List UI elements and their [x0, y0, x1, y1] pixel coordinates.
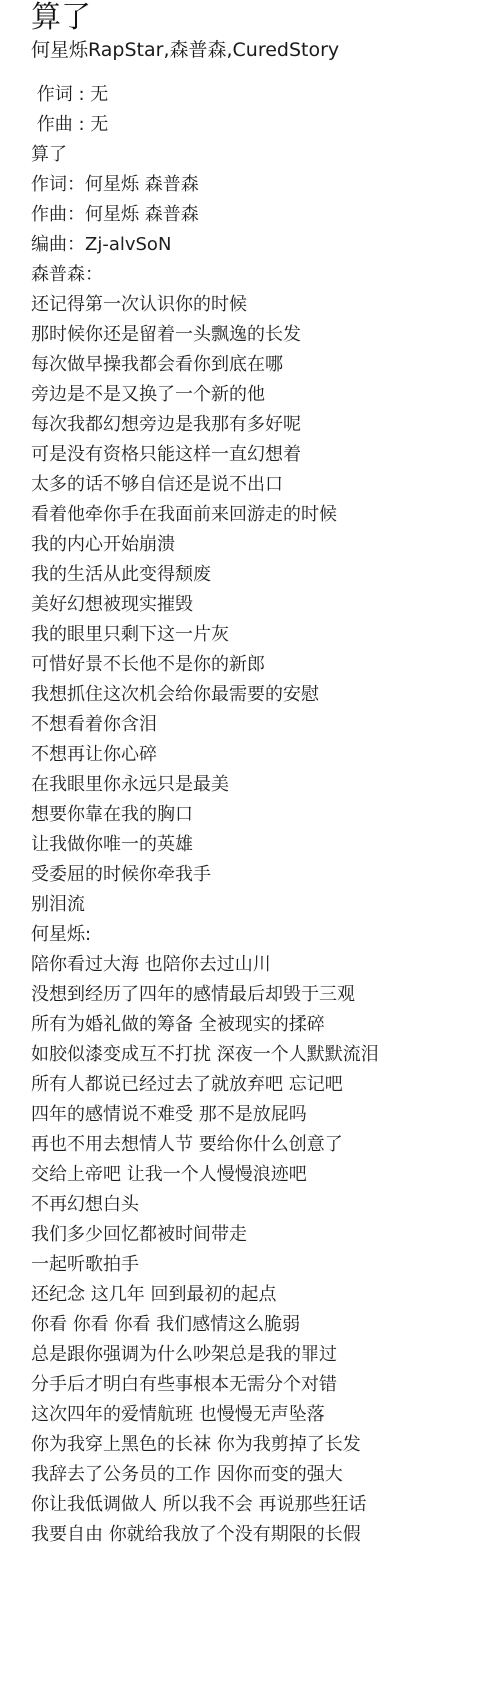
lyric-line: 我想抓住这次机会给你最需要的安慰 — [31, 680, 491, 710]
lyric-line: 总是跟你强调为什么吵架总是我的罪过 — [31, 1340, 491, 1370]
lyric-line: 不想再让你心碎 — [31, 740, 491, 770]
lyric-line: 受委屈的时候你牵我手 — [31, 860, 491, 890]
lyric-line: 算了 — [31, 140, 491, 170]
song-title: 算了 — [31, 0, 491, 36]
lyric-line: 每次做早操我都会看你到底在哪 — [31, 350, 491, 380]
lyric-line: 可惜好景不长他不是你的新郎 — [31, 650, 491, 680]
lyric-line: 作曲 : 无 — [31, 110, 491, 140]
lyric-line: 这次四年的爱情航班 也慢慢无声坠落 — [31, 1400, 491, 1430]
lyric-line: 不想看着你含泪 — [31, 710, 491, 740]
lyric-line: 你让我低调做人 所以我不会 再说那些狂话 — [31, 1490, 491, 1520]
lyric-line: 别泪流 — [31, 890, 491, 920]
lyric-line: 一起听歌拍手 — [31, 1250, 491, 1280]
lyric-line: 可是没有资格只能这样一直幻想着 — [31, 440, 491, 470]
song-artists: 何星烁RapStar,森普森,CuredStory — [31, 37, 491, 63]
lyric-line: 让我做你唯一的英雄 — [31, 830, 491, 860]
lyric-line: 作词 : 无 — [31, 80, 491, 110]
lyric-line: 没想到经历了四年的感情最后却毁于三观 — [31, 980, 491, 1010]
lyric-line: 太多的话不够自信还是说不出口 — [31, 470, 491, 500]
lyric-line: 编曲：Zj-alvSoN — [31, 230, 491, 260]
lyric-line: 作曲：何星烁 森普森 — [31, 200, 491, 230]
lyric-line: 四年的感情说不难受 那不是放屁吗 — [31, 1100, 491, 1130]
lyric-line: 所有为婚礼做的筹备 全被现实的揉碎 — [31, 1010, 491, 1040]
lyric-line: 还记得第一次认识你的时候 — [31, 290, 491, 320]
lyric-line: 森普森： — [31, 260, 491, 290]
lyrics-page: 算了 何星烁RapStar,森普森,CuredStory 作词 : 无 作曲 :… — [31, 0, 491, 1550]
lyric-line: 陪你看过大海 也陪你去过山川 — [31, 950, 491, 980]
lyric-line: 再也不用去想情人节 要给你什么创意了 — [31, 1130, 491, 1160]
lyric-line: 那时候你还是留着一头飘逸的长发 — [31, 320, 491, 350]
lyric-line: 所有人都说已经过去了就放弃吧 忘记吧 — [31, 1070, 491, 1100]
lyric-line: 我辞去了公务员的工作 因你而变的强大 — [31, 1460, 491, 1490]
lyric-line: 看着他牵你手在我面前来回游走的时候 — [31, 500, 491, 530]
lyric-line: 每次我都幻想旁边是我那有多好呢 — [31, 410, 491, 440]
lyric-line: 我要自由 你就给我放了个没有期限的长假 — [31, 1520, 491, 1550]
lyric-line: 在我眼里你永远只是最美 — [31, 770, 491, 800]
lyric-line: 不再幻想白头 — [31, 1190, 491, 1220]
lyric-line: 作词：何星烁 森普森 — [31, 170, 491, 200]
lyric-line: 如胶似漆变成互不打扰 深夜一个人默默流泪 — [31, 1040, 491, 1070]
lyrics-body: 作词 : 无 作曲 : 无算了作词：何星烁 森普森作曲：何星烁 森普森编曲：Zj… — [31, 80, 491, 1550]
lyric-line: 想要你靠在我的胸口 — [31, 800, 491, 830]
lyric-line: 你看 你看 你看 我们感情这么脆弱 — [31, 1310, 491, 1340]
lyric-line: 你为我穿上黑色的长袜 你为我剪掉了长发 — [31, 1430, 491, 1460]
lyric-line: 交给上帝吧 让我一个人慢慢浪迹吧 — [31, 1160, 491, 1190]
lyric-line: 美好幻想被现实摧毁 — [31, 590, 491, 620]
lyric-line: 我的眼里只剩下这一片灰 — [31, 620, 491, 650]
lyric-line: 我的内心开始崩溃 — [31, 530, 491, 560]
lyric-line: 旁边是不是又换了一个新的他 — [31, 380, 491, 410]
lyric-line: 我的生活从此变得颓废 — [31, 560, 491, 590]
lyric-line: 我们多少回忆都被时间带走 — [31, 1220, 491, 1250]
lyric-line: 还纪念 这几年 回到最初的起点 — [31, 1280, 491, 1310]
lyric-line: 何星烁: — [31, 920, 491, 950]
lyric-line: 分手后才明白有些事根本无需分个对错 — [31, 1370, 491, 1400]
